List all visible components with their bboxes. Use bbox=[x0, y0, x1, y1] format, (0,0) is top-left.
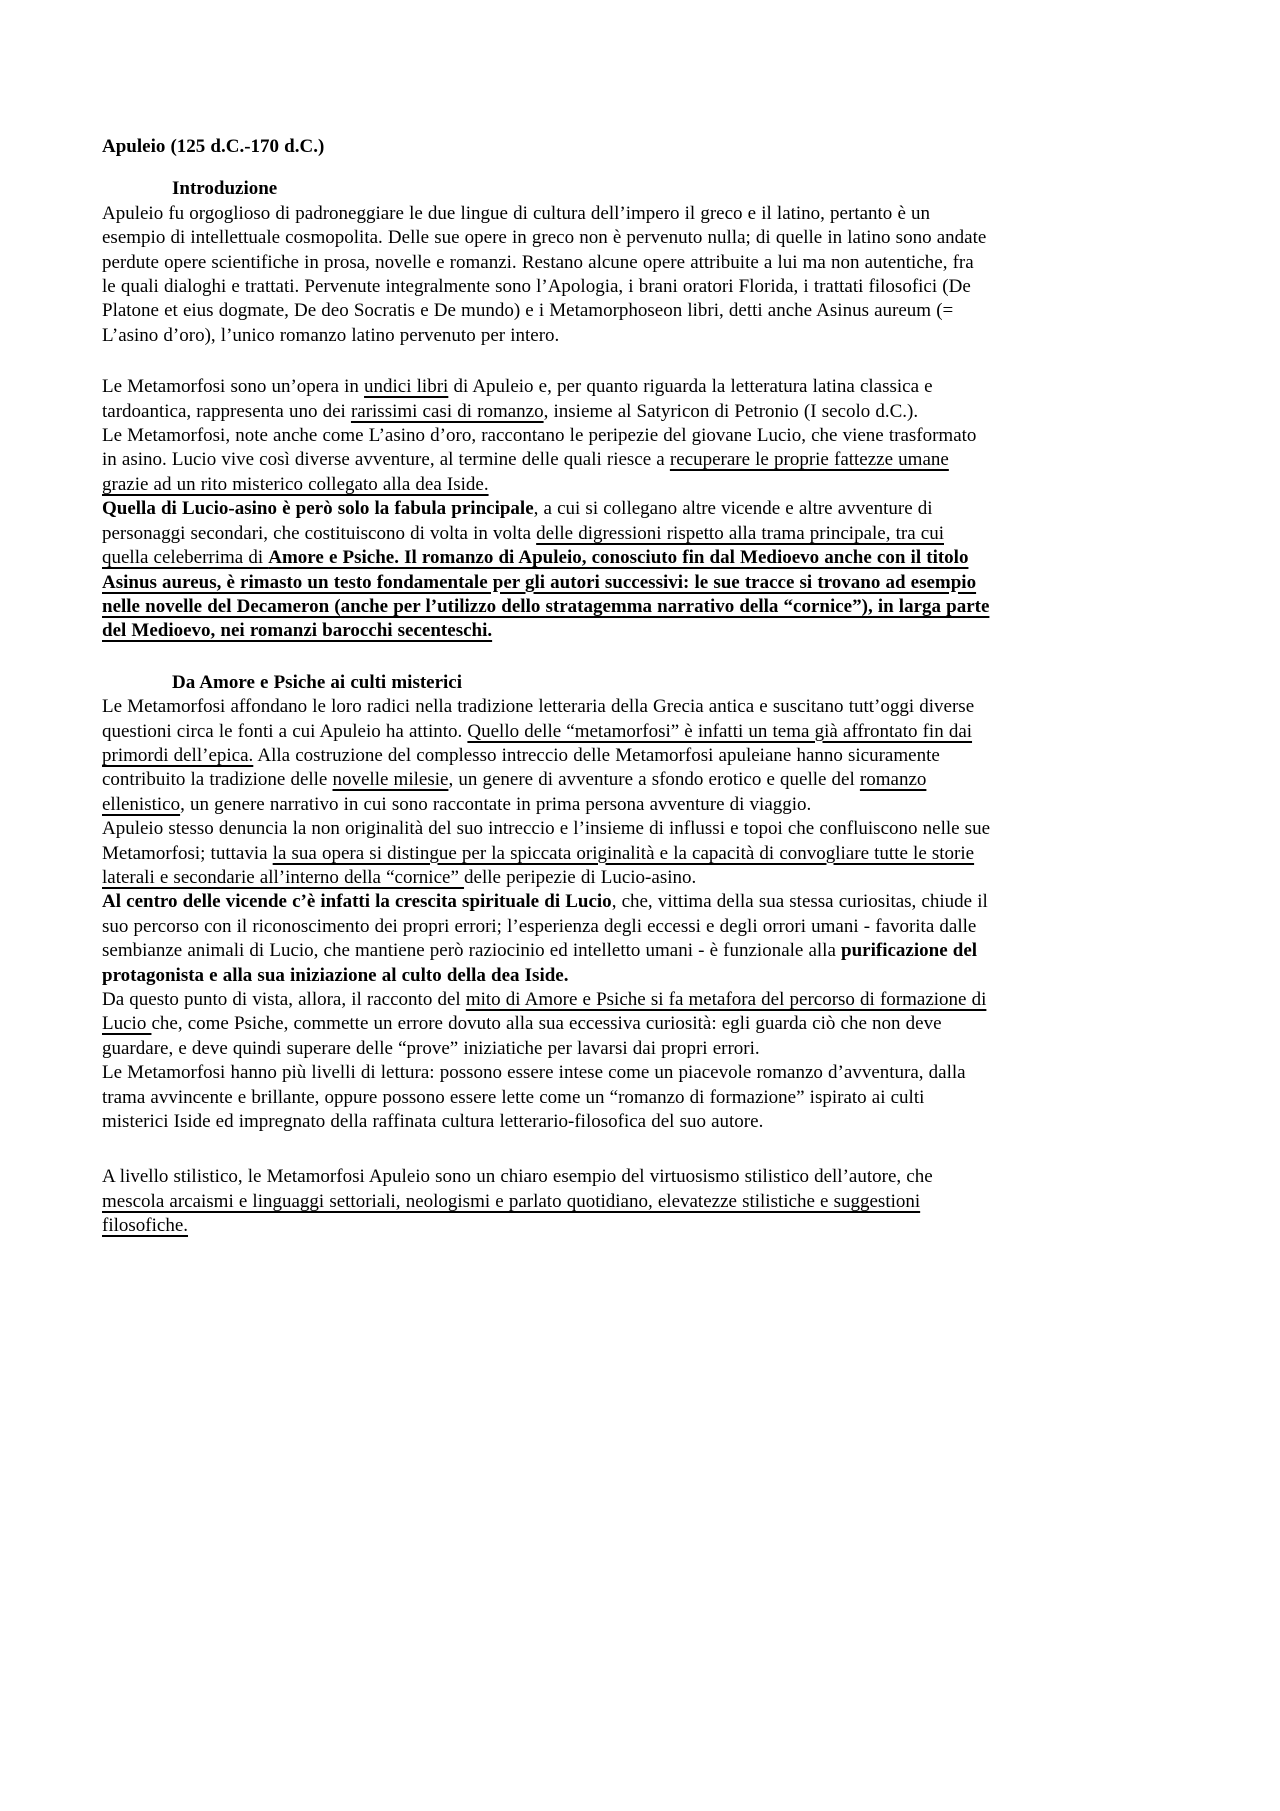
paragraph: Quella di Lucio-asino è però solo la fab… bbox=[102, 497, 992, 643]
paragraph: Apuleio stesso denuncia la non originali… bbox=[102, 817, 992, 890]
paragraph: Le Metamorfosi affondano le loro radici … bbox=[102, 695, 992, 817]
text-run: , un genere di avventure a sfondo erotic… bbox=[448, 769, 859, 790]
document-page: Apuleio (125 d.C.-170 d.C.)IntroduzioneA… bbox=[0, 0, 1280, 1811]
text-run: Le Metamorfosi sono un’opera in bbox=[102, 376, 364, 397]
text-run: undici libri bbox=[364, 376, 448, 397]
section-heading: Introduzione bbox=[102, 177, 992, 201]
paragraph-spacer bbox=[102, 644, 992, 671]
text-run: mescola arcaismi e linguaggi settoriali,… bbox=[102, 1191, 920, 1236]
document-content: Apuleio (125 d.C.-170 d.C.)IntroduzioneA… bbox=[102, 135, 992, 1239]
document-title: Apuleio (125 d.C.-170 d.C.) bbox=[102, 135, 992, 159]
paragraph: A livello stilistico, le Metamorfosi Apu… bbox=[102, 1165, 992, 1238]
text-run: Introduzione bbox=[172, 178, 277, 199]
paragraph: Da questo punto di vista, allora, il rac… bbox=[102, 988, 992, 1061]
text-run: A livello stilistico, le Metamorfosi Apu… bbox=[102, 1166, 933, 1187]
text-run: Le Metamorfosi hanno più livelli di lett… bbox=[102, 1062, 966, 1132]
text-run: che, come Psiche, commette un errore dov… bbox=[102, 1013, 942, 1058]
text-run: Al centro delle vicende c’è infatti la c… bbox=[102, 891, 612, 912]
text-run: novelle milesie bbox=[333, 769, 449, 790]
text-run: Apuleio fu orgoglioso di padroneggiare l… bbox=[102, 203, 986, 346]
paragraph: Le Metamorfosi, note anche come L’asino … bbox=[102, 424, 992, 497]
text-run: Apuleio (125 d.C.-170 d.C.) bbox=[102, 136, 324, 157]
paragraph-spacer bbox=[102, 348, 992, 375]
section-heading: Da Amore e Psiche ai culti misterici bbox=[102, 671, 992, 695]
text-run: delle peripezie di Lucio-asino. bbox=[464, 867, 696, 888]
text-run: rarissimi casi di romanzo bbox=[351, 401, 544, 422]
paragraph-spacer bbox=[102, 1134, 992, 1165]
paragraph: Apuleio fu orgoglioso di padroneggiare l… bbox=[102, 202, 992, 348]
paragraph-spacer bbox=[102, 159, 992, 177]
paragraph: Al centro delle vicende c’è infatti la c… bbox=[102, 890, 992, 988]
paragraph: Le Metamorfosi hanno più livelli di lett… bbox=[102, 1061, 992, 1134]
text-run: Da Amore e Psiche ai culti misterici bbox=[172, 672, 462, 693]
paragraph: Le Metamorfosi sono un’opera in undici l… bbox=[102, 375, 992, 424]
text-run: , un genere narrativo in cui sono raccon… bbox=[180, 794, 811, 815]
text-run: Quella di Lucio-asino è però solo la fab… bbox=[102, 498, 534, 519]
text-run: Da questo punto di vista, allora, il rac… bbox=[102, 989, 466, 1010]
text-run: , insieme al Satyricon di Petronio (I se… bbox=[544, 401, 919, 422]
